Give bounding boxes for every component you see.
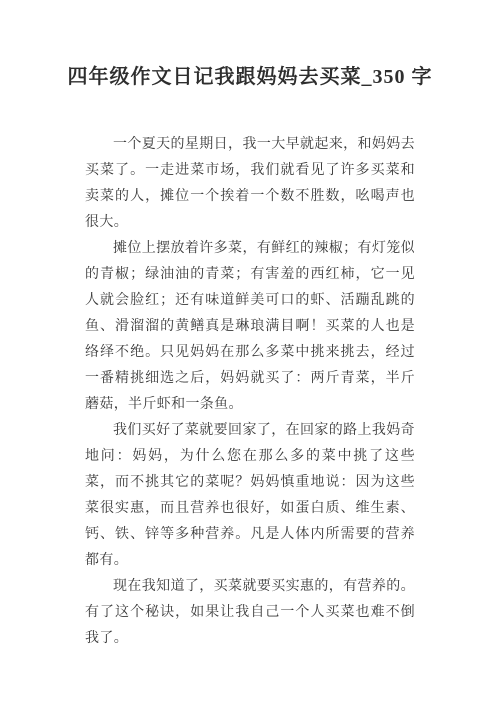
essay-title: 四年级作文日记我跟妈妈去买菜_350 字 <box>30 62 470 92</box>
essay-body: 一个夏天的星期日，我一大早就起来，和妈妈去买菜了。一走进菜市场，我们就看见了许多… <box>0 132 500 652</box>
document-page: 四年级作文日记我跟妈妈去买菜_350 字 一个夏天的星期日，我一大早就起来，和妈… <box>0 0 500 708</box>
essay-paragraph: 摊位上摆放着许多菜，有鲜红的辣椒；有灯笼似的青椒；绿油油的青菜；有害羞的西红柿，… <box>85 236 415 418</box>
essay-paragraph: 现在我知道了，买菜就要买实惠的，有营养的。有了这个秘诀，如果让我自己一个人买菜也… <box>85 574 415 652</box>
essay-paragraph: 一个夏天的星期日，我一大早就起来，和妈妈去买菜了。一走进菜市场，我们就看见了许多… <box>85 132 415 236</box>
essay-paragraph: 我们买好了菜就要回家了，在回家的路上我妈奇地问：妈妈，为什么您在那么多的菜中挑了… <box>85 418 415 574</box>
